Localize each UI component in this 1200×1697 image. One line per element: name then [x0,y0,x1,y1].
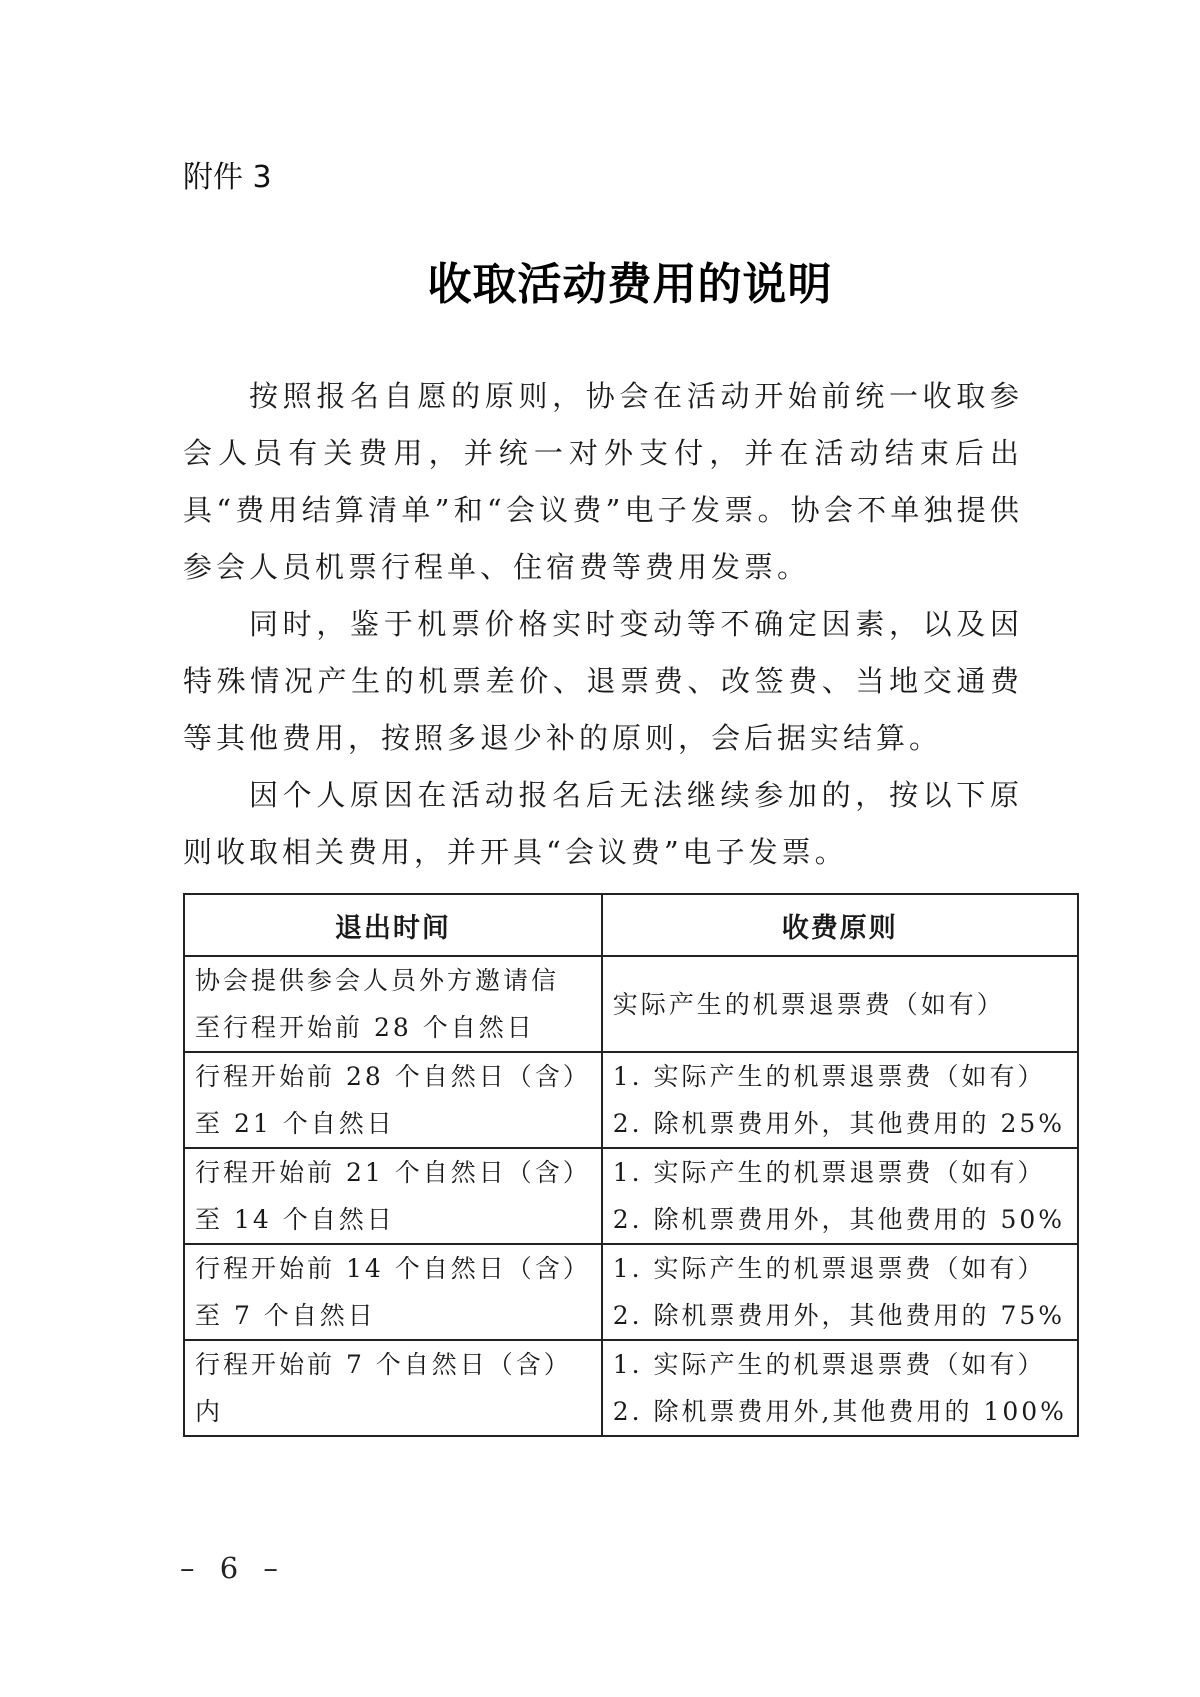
cell-line: 2. 除机票费用外,其他费用的 100% [613,1388,1067,1435]
cell-fee-rule: 1. 实际产生的机票退票费（如有） 2. 除机票费用外，其他费用的 75% [602,1244,1078,1340]
attachment-label: 附件 3 [183,158,272,198]
cell-withdrawal-time: 协会提供参会人员外方邀请信 至行程开始前 28 个自然日 [184,956,602,1052]
cell-fee-rule: 1. 实际产生的机票退票费（如有） 2. 除机票费用外,其他费用的 100% [602,1340,1078,1436]
cell-withdrawal-time: 行程开始前 7 个自然日（含） 内 [184,1340,602,1436]
table-row: 行程开始前 14 个自然日（含） 至 7 个自然日 1. 实际产生的机票退票费（… [184,1244,1078,1340]
cell-line: 1. 实际产生的机票退票费（如有） [613,1245,1067,1292]
cell-line: 2. 除机票费用外，其他费用的 50% [613,1196,1067,1243]
cell-fee-rule: 实际产生的机票退票费（如有） [602,956,1078,1052]
cell-withdrawal-time: 行程开始前 14 个自然日（含） 至 7 个自然日 [184,1244,602,1340]
cell-withdrawal-time: 行程开始前 28 个自然日（含） 至 21 个自然日 [184,1052,602,1148]
cell-fee-rule: 1. 实际产生的机票退票费（如有） 2. 除机票费用外，其他费用的 25% [602,1052,1078,1148]
cell-line: 实际产生的机票退票费（如有） [613,981,1067,1028]
paragraph-withdrawal: 因个人原因在活动报名后无法继续参加的，按以下原则收取相关费用，并开具“会议费”电… [183,767,1023,881]
document-title: 收取活动费用的说明 [0,255,1200,315]
cell-fee-rule: 1. 实际产生的机票退票费（如有） 2. 除机票费用外，其他费用的 50% [602,1148,1078,1244]
withdrawal-fee-table: 退出时间 收费原则 协会提供参会人员外方邀请信 至行程开始前 28 个自然日 实… [183,893,1079,1437]
cell-line: 内 [195,1388,591,1435]
cell-line: 2. 除机票费用外，其他费用的 75% [613,1292,1067,1339]
page-number: – 6 – [180,1551,286,1585]
cell-line: 1. 实际产生的机票退票费（如有） [613,1053,1067,1100]
cell-line: 至 21 个自然日 [195,1100,591,1147]
cell-line: 协会提供参会人员外方邀请信 [195,957,591,1004]
cell-line: 1. 实际产生的机票退票费（如有） [613,1341,1067,1388]
table-header-row: 退出时间 收费原则 [184,894,1078,956]
body-text: 按照报名自愿的原则，协会在活动开始前统一收取参会人员有关费用，并统一对外支付，并… [183,368,1023,881]
cell-line: 行程开始前 21 个自然日（含） [195,1149,591,1196]
table-row: 行程开始前 28 个自然日（含） 至 21 个自然日 1. 实际产生的机票退票费… [184,1052,1078,1148]
paragraph-settlement: 同时，鉴于机票价格实时变动等不确定因素，以及因特殊情况产生的机票差价、退票费、改… [183,596,1023,767]
column-header-fee-rule: 收费原则 [602,894,1078,956]
cell-line: 2. 除机票费用外，其他费用的 25% [613,1100,1067,1147]
paragraph-collection-principle: 按照报名自愿的原则，协会在活动开始前统一收取参会人员有关费用，并统一对外支付，并… [183,368,1023,596]
cell-line: 行程开始前 7 个自然日（含） [195,1341,591,1388]
column-header-withdrawal-time: 退出时间 [184,894,602,956]
cell-line: 至行程开始前 28 个自然日 [195,1004,591,1051]
table-row: 协会提供参会人员外方邀请信 至行程开始前 28 个自然日 实际产生的机票退票费（… [184,956,1078,1052]
table-row: 行程开始前 7 个自然日（含） 内 1. 实际产生的机票退票费（如有） 2. 除… [184,1340,1078,1436]
cell-line: 行程开始前 14 个自然日（含） [195,1245,591,1292]
cell-line: 1. 实际产生的机票退票费（如有） [613,1149,1067,1196]
cell-withdrawal-time: 行程开始前 21 个自然日（含） 至 14 个自然日 [184,1148,602,1244]
table-row: 行程开始前 21 个自然日（含） 至 14 个自然日 1. 实际产生的机票退票费… [184,1148,1078,1244]
cell-line: 至 14 个自然日 [195,1196,591,1243]
cell-line: 至 7 个自然日 [195,1292,591,1339]
cell-line: 行程开始前 28 个自然日（含） [195,1053,591,1100]
